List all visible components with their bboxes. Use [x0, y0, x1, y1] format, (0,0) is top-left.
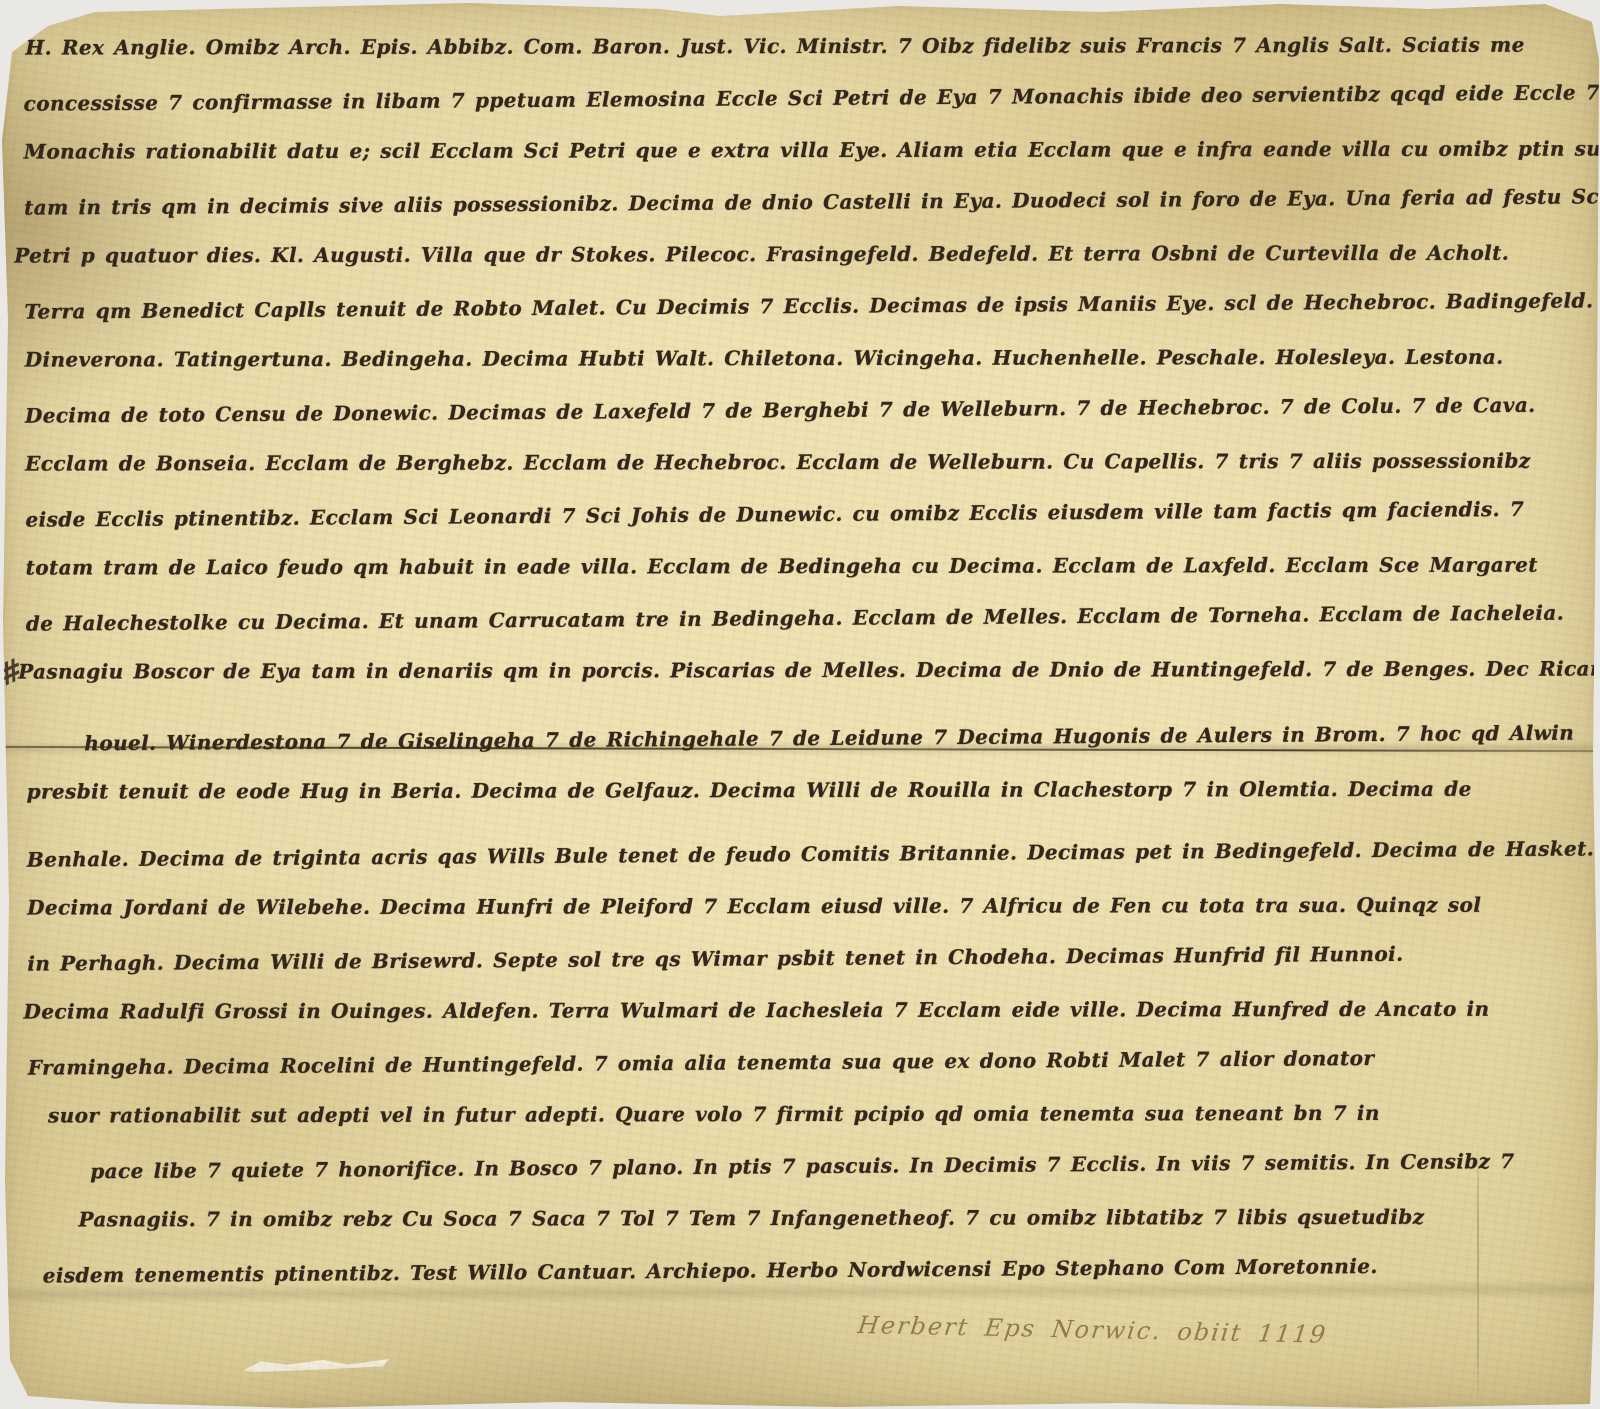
text-line: Framingeha. Decima Rocelini de Huntingef… [28, 1030, 1584, 1093]
photo-frame: { "manuscript": { "lines": [ "H. Rex Ang… [0, 0, 1600, 1409]
text-line: pace libe 7 quiete 7 honorifice. In Bosc… [90, 1135, 1584, 1198]
text-line: Decima Jordani de Wilebehe. Decima Hunfr… [27, 879, 1583, 934]
text-line: H. Rex Anglie. Omibz Arch. Epis. Abbibz.… [25, 19, 1579, 74]
text-line: concessisse 7 confirmasse in libam 7 ppe… [23, 66, 1579, 129]
text-line: Pasnagiis. 7 in omibz rebz Cu Soca 7 Sac… [78, 1190, 1584, 1245]
text-line: Decima de toto Censu de Donewic. Decimas… [25, 378, 1581, 441]
text-line: eisdem tenementis ptinentibz. Test Willo… [43, 1238, 1585, 1301]
manuscript-text: H. Rex Anglie. Omibz Arch. Epis. Abbibz.… [23, 17, 1585, 1300]
text-line: Pasnagiu Boscor de Eya tam in denariis q… [18, 643, 1582, 698]
text-line: Petri p quatuor dies. Kl. Augusti. Villa… [14, 227, 1580, 282]
text-line: Terra qm Benedict Caplls tenuit de Robto… [24, 274, 1580, 337]
text-line: eisde Ecclis ptinentibz. Ecclam Sci Leon… [25, 482, 1581, 545]
text-line: Ecclam de Bonseia. Ecclam de Berghebz. E… [25, 435, 1581, 490]
text-line: houel. Winerdestona 7 de Giselingeha 7 d… [84, 707, 1582, 770]
parchment-sheet: # H. Rex Anglie. Omibz Arch. Epis. Abbib… [0, 0, 1600, 1409]
text-line: presbit tenuit de eode Hug in Beria. Dec… [27, 763, 1583, 818]
text-line: suor rationabilit sut adepti vel in futu… [48, 1086, 1584, 1141]
text-line: Dineverona. Tatingertuna. Bedingeha. Dec… [25, 331, 1581, 386]
text-line: de Halechestolke cu Decima. Et unam Carr… [26, 586, 1582, 649]
text-line: Monachis rationabilit datu e; scil Eccla… [24, 123, 1580, 178]
later-annotation: Herbert Eps Norwic. obiit 1119 [856, 1311, 1339, 1349]
text-line: Benhale. Decima de triginta acris qas Wi… [27, 822, 1583, 885]
text-line: totam tram de Laico feudo qm habuit in e… [26, 539, 1582, 594]
manuscript-lines: H. Rex Anglie. Omibz Arch. Epis. Abbibz.… [23, 17, 1585, 1300]
parchment-slit-repair [243, 1353, 389, 1372]
text-line: tam in tris qm in decimis sive aliis pos… [24, 170, 1580, 233]
text-line: in Perhagh. Decima Willi de Brisewrd. Se… [27, 926, 1583, 989]
text-line: Decima Radulfi Grossi in Ouinges. Aldefe… [23, 983, 1583, 1038]
